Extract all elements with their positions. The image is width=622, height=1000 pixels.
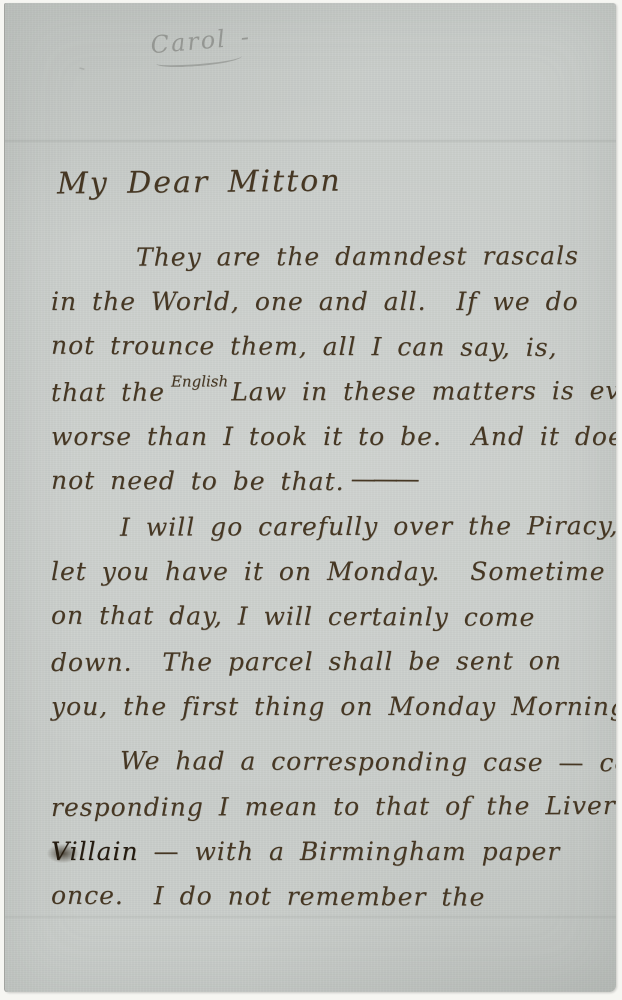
letter-segment-sup: English [171,359,228,404]
letter-line: responding I mean to that of the Liverpo… [51,783,611,830]
letter-segment: Law in these matters is even [231,376,616,406]
letter-segment: They are the damndest rascals [136,241,579,272]
pencil-annotation-dash: - [239,23,250,52]
letter-line: We had a corresponding case — cor- [51,738,611,785]
letter-segment: let you have it on Monday. Sometime [51,557,606,586]
letter-segment: — with a Birmingham paper [139,837,561,866]
letter-segment-tail: ——— [351,464,417,493]
pencil-dash-mark: - [76,55,88,80]
letter-line: worse than I took it to be. And it does [51,414,611,459]
letter-segment-blot: Villain [51,837,139,866]
paper-fold-crease [5,139,616,143]
letter-segment: We had a corresponding case — cor- [120,746,616,777]
letter-line: that theEnglishLaw in these matters is e… [51,368,611,415]
pencil-annotation: Carol- [149,23,250,70]
letter-line: on that day, I will certainly come [51,593,611,640]
letter-segment: not need to be that. [51,466,345,496]
scanned-letter: - Carol- My Dear Mitton They are the dam… [0,0,622,1000]
letter-line: once. I do not remember the [51,873,611,920]
letter-line: Villain — with a Birmingham paper [51,829,611,874]
letter-segment: once. I do not remember the [51,881,485,912]
letter-line: They are the damndest rascals [51,233,611,280]
letter-segment: responding I mean to that of the Liverpo… [51,791,616,822]
letter-segment: that the [51,378,165,407]
letter-line: not trounce them, all I can say, is, [51,323,611,370]
letter-line: I will go carefully over the Piracy, and [51,503,611,550]
letter-segment: worse than I took it to be. And it does [51,422,616,451]
letter-line: you, the first thing on Monday Morning. [51,684,611,729]
salutation: My Dear Mitton [57,164,342,202]
letter-body: They are the damndest rascalsin the Worl… [51,234,611,919]
letter-line: down. The parcel shall be sent on [51,638,611,685]
letter-line: let you have it on Monday. Sometime [51,549,611,594]
letter-segment: not trounce them, all I can say, is, [51,331,558,362]
letter-segment: in the World, one and all. If we do [51,287,579,316]
letter-segment: on that day, I will certainly come [51,601,535,632]
letter-line: not need to be that.——— [51,458,611,505]
letter-line: in the World, one and all. If we do [51,279,611,324]
letter-segment: you, the first thing on Monday Morning. [51,692,616,721]
letter-segment: I will go carefully over the Piracy, and [120,511,616,542]
letter-segment: down. The parcel shall be sent on [51,646,562,677]
letter-paper: - Carol- My Dear Mitton They are the dam… [5,3,616,992]
